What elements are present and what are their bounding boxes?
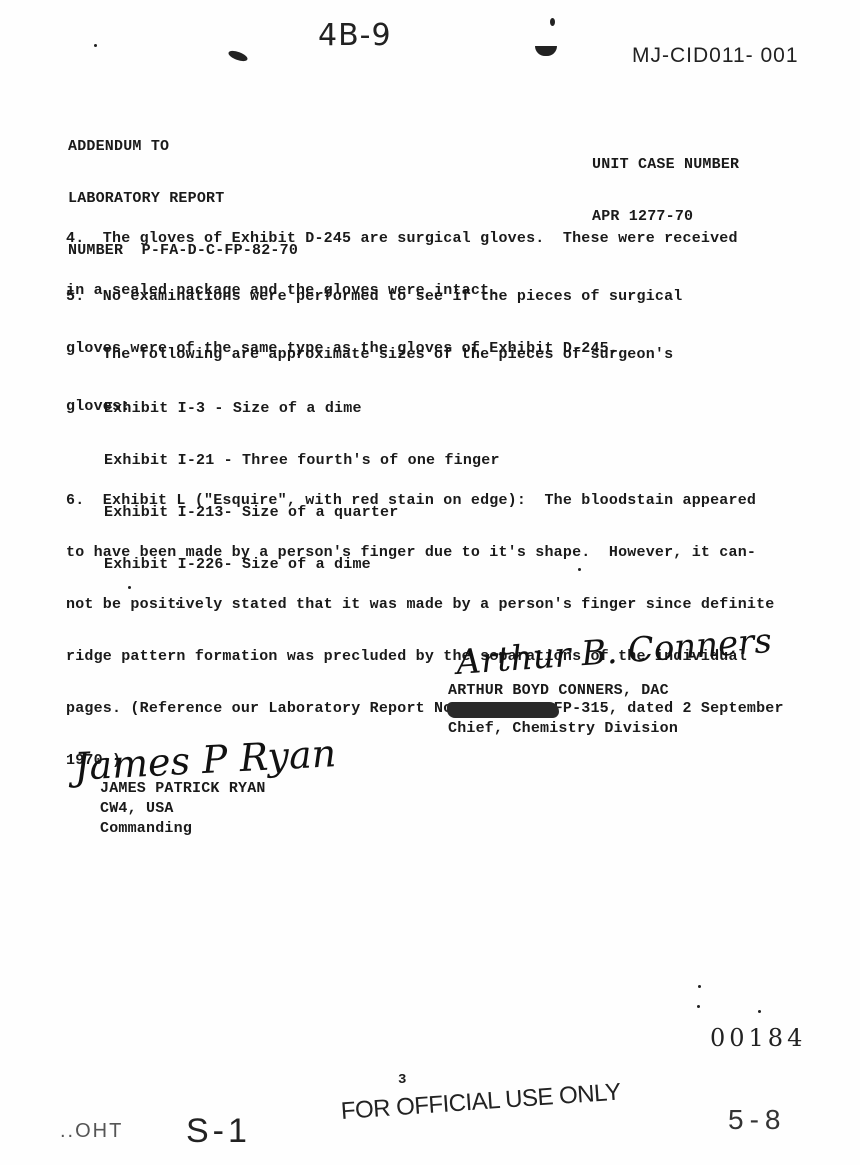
text-line: to have been made by a person's finger d… bbox=[66, 544, 784, 562]
classification-stamp: FOR OFFICIAL USE ONLY bbox=[340, 1079, 621, 1126]
left-mark: S-1 bbox=[186, 1112, 251, 1151]
commander-rank: CW4, USA bbox=[100, 800, 174, 817]
text-line: 4. The gloves of Exhibit D-245 are surgi… bbox=[66, 230, 738, 248]
text-line: 5. No examinations were performed to see… bbox=[66, 288, 683, 306]
commander-title: Commanding bbox=[100, 820, 192, 837]
bates-number: 00184 bbox=[710, 1024, 806, 1052]
ink-dot bbox=[128, 586, 131, 589]
right-fragment: 5-8 bbox=[728, 1104, 786, 1136]
left-fragment: ..OHT bbox=[60, 1120, 123, 1143]
unit-case-label: UNIT CASE NUMBER bbox=[592, 156, 739, 174]
ink-mark bbox=[550, 18, 555, 26]
chemist-title: Chief, Chemistry Division bbox=[448, 720, 678, 737]
redaction-bar bbox=[447, 702, 559, 718]
ink-dot bbox=[578, 568, 581, 571]
ink-mark bbox=[227, 49, 249, 63]
ink-dot bbox=[94, 44, 97, 47]
ink-dot bbox=[176, 602, 179, 605]
text-line: The following are approximate sizes of t… bbox=[66, 346, 673, 364]
ink-dot bbox=[697, 1005, 700, 1008]
document-id-stamp: MJ-CID011- 001 bbox=[632, 44, 799, 68]
commander-name: JAMES PATRICK RYAN bbox=[100, 780, 266, 797]
ink-mark bbox=[535, 46, 557, 56]
document-page: 4B-9 MJ-CID011- 001 ADDENDUM TO LABORATO… bbox=[0, 0, 860, 1165]
page-number: 3 bbox=[398, 1072, 407, 1088]
text-line: not be positively stated that it was mad… bbox=[66, 596, 784, 614]
handwritten-mark: 4B-9 bbox=[318, 18, 392, 53]
chemist-name: ARTHUR BOYD CONNERS, DAC bbox=[448, 682, 669, 699]
header-line: ADDENDUM TO bbox=[68, 138, 298, 156]
ink-dot bbox=[758, 1010, 761, 1013]
text-line: pages. (Reference our Laboratory Report … bbox=[66, 700, 784, 718]
list-item: Exhibit I-3 - Size of a dime bbox=[104, 400, 500, 418]
ink-dot bbox=[698, 985, 701, 988]
text-line: 6. Exhibit L ("Esquire", with red stain … bbox=[66, 492, 784, 510]
